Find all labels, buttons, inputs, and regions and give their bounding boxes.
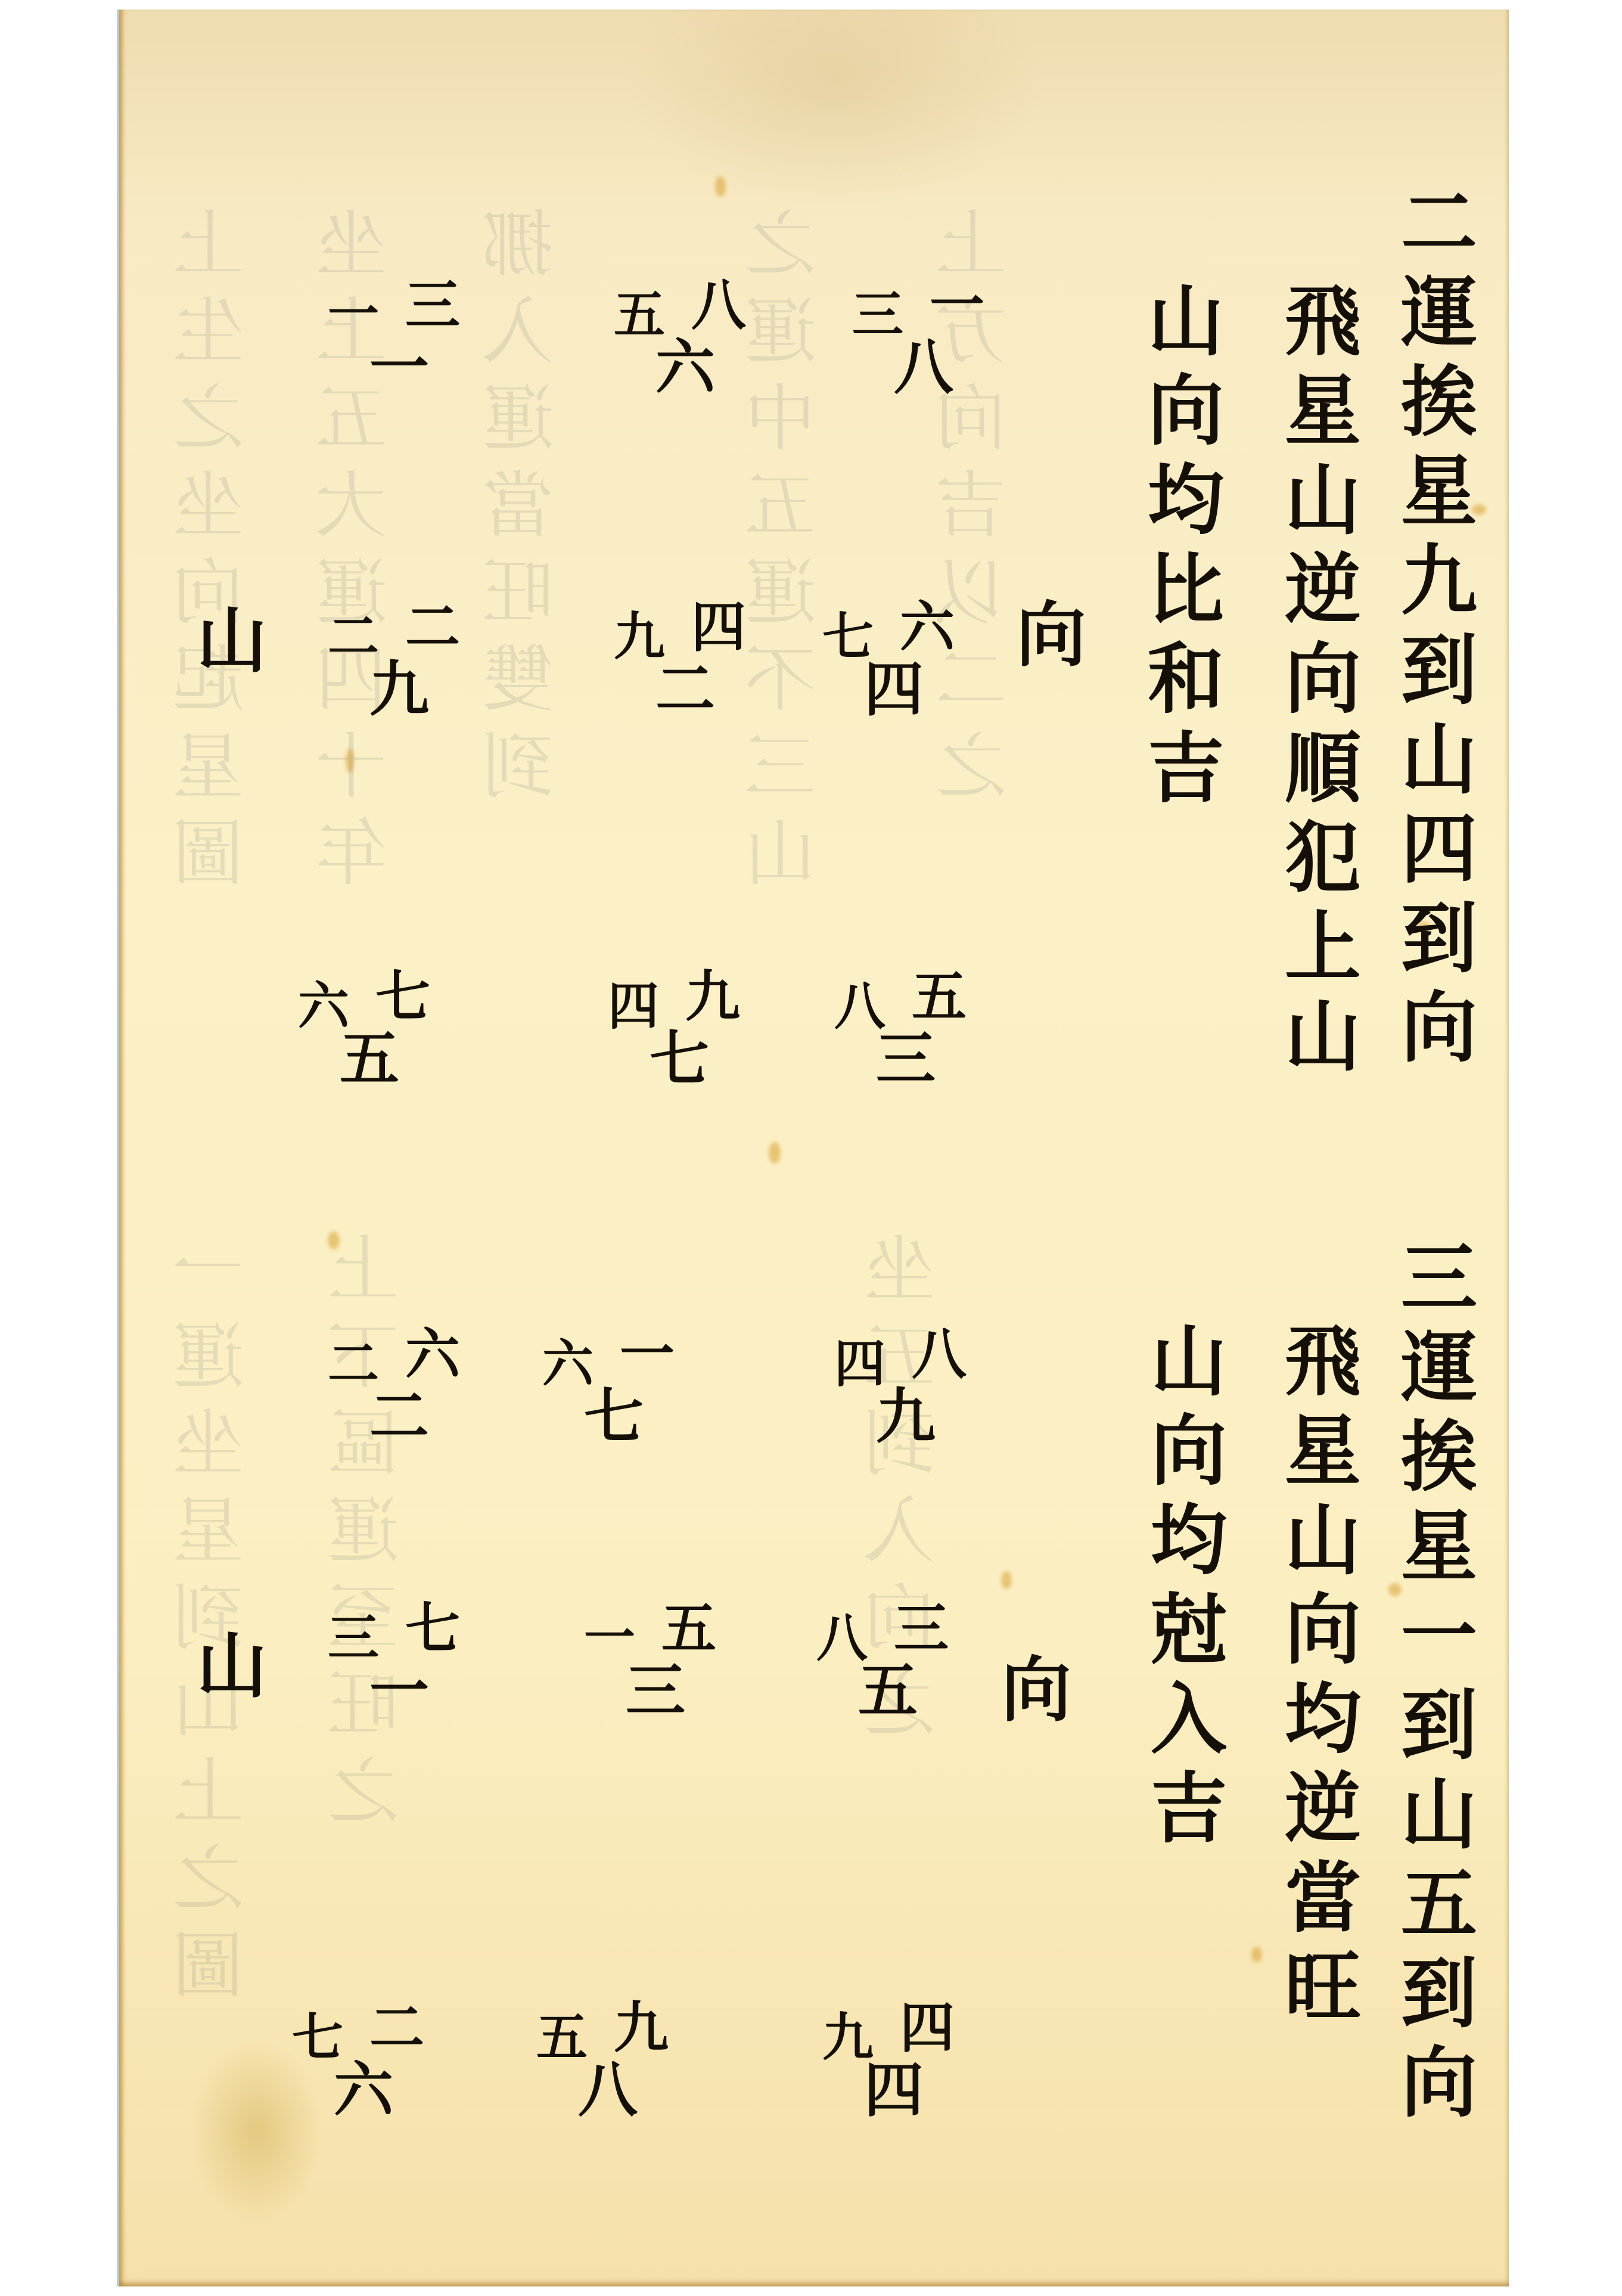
- section2-cell-top-middle: 六 一 七: [542, 1327, 697, 1458]
- stain: [715, 176, 726, 197]
- section2-cell-top-right: 四 八 九: [834, 1327, 989, 1458]
- section1-cell-middle-left: 二 二 九: [328, 600, 483, 731]
- section2-cell-middle-right: 八 三 五: [816, 1601, 971, 1732]
- section2-cell-bottom-right: 九 四 四: [822, 2000, 977, 2131]
- bleed-through-text: 挪入運當旺雙到: [489, 206, 560, 1100]
- section1-line2: 飛星山逆向順犯上山: [1278, 281, 1354, 1085]
- section2-mountain-label: 山: [197, 1631, 267, 1701]
- section2-cell-middle-middle: 一 五 三: [584, 1601, 739, 1732]
- section2-cell-middle-left: 三 七 一: [328, 1601, 483, 1732]
- section1-cell-bottom-right: 八 五 三: [834, 969, 989, 1100]
- section2-heading: 三運挨星一到山五到向: [1394, 1237, 1471, 2131]
- section1-cell-middle-middle: 九 四 二: [614, 600, 769, 731]
- stain: [1251, 1947, 1262, 1962]
- section1-cell-top-middle: 五 八 六: [614, 278, 769, 409]
- section1-line3: 山向均比和吉: [1141, 281, 1217, 817]
- section1-cell-bottom-left: 六 七 五: [298, 969, 453, 1100]
- section2-facing-label: 向: [1001, 1655, 1071, 1725]
- section1-cell-bottom-middle: 四 九 七: [608, 969, 763, 1100]
- manuscript-page: 上生之坐向起星圖 坐上五大運四十年 挪入運當旺雙到 之運中五運不三山 上方向吉以…: [117, 10, 1509, 2286]
- stain: [769, 1142, 781, 1163]
- section1-cell-top-right: 三 一 八: [852, 278, 1007, 409]
- section1-cell-top-left: 一 三 一: [328, 278, 483, 409]
- section2-line2: 飛星山向均逆當旺: [1278, 1321, 1354, 2036]
- section2-cell-top-left: 二 六 二: [328, 1327, 483, 1458]
- bleed-through-text: 一運坐星到山上之圖: [179, 1231, 250, 2185]
- stain: [1001, 1571, 1012, 1589]
- section1-facing-label: 向: [1016, 600, 1086, 670]
- section2-cell-bottom-middle: 五 九 八: [536, 2000, 691, 2131]
- section1-mountain-label: 山: [197, 606, 267, 676]
- section2-cell-bottom-left: 七 二 六: [292, 2000, 447, 2131]
- section1-heading: 二運挨星九到山四到向: [1394, 182, 1471, 1076]
- section1-cell-middle-right: 七 六 四: [822, 600, 977, 731]
- section2-line3: 山向均尅入吉: [1144, 1321, 1220, 1857]
